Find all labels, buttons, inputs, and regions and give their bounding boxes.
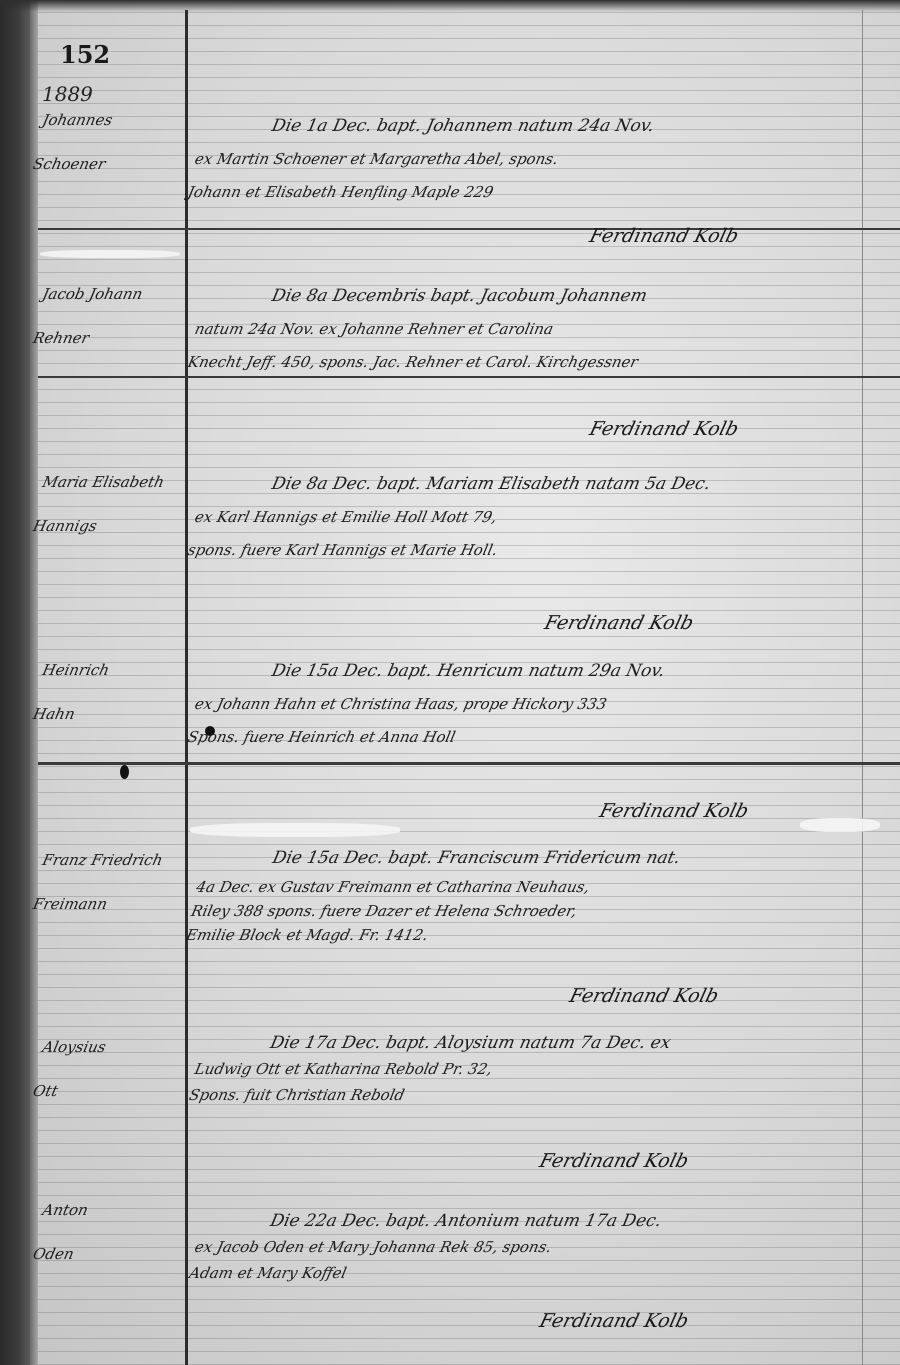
paper-stain — [190, 823, 400, 837]
priest-signature: Ferdinand Kolb — [542, 612, 696, 634]
register-page: 152 1889 Johannes Schoener Die 1a Dec. b… — [0, 0, 900, 1365]
child-given-name: Aloysius — [38, 1025, 192, 1069]
entry-line: natum 24a Nov. ex Johanne Rehner et Caro… — [191, 313, 858, 346]
entry-line: Die 15a Dec. bapt. Franciscum Fridericum… — [199, 842, 866, 875]
ink-blot — [120, 765, 129, 779]
baptism-entry: Die 8a Decembris bapt. Jacobum Johannem … — [184, 280, 865, 379]
priest-signature: Ferdinand Kolb — [537, 1150, 691, 1172]
margin-column-rule — [185, 10, 188, 1365]
child-given-name: Anton — [38, 1188, 192, 1232]
child-surname: Hahn — [29, 692, 183, 736]
child-given-name: Franz Friedrich — [38, 838, 192, 882]
entry-line: Emilie Block et Magd. Fr. 1412. — [184, 923, 849, 947]
child-surname: Hannigs — [29, 504, 183, 548]
entry-line: Adam et Mary Koffel — [187, 1260, 853, 1286]
priest-signature: Ferdinand Kolb — [537, 1310, 691, 1332]
entry-line: ex Johann Hahn et Christina Haas, prope … — [191, 688, 858, 721]
entry-margin-name: Franz Friedrich Freimann — [29, 838, 193, 926]
entry-margin-name: Aloysius Ott — [29, 1025, 193, 1113]
entry-line: Spons. fuit Christian Rebold — [187, 1082, 853, 1108]
baptism-entry: Die 1a Dec. bapt. Johannem natum 24a Nov… — [184, 110, 865, 209]
entry-line: ex Jacob Oden et Mary Johanna Rek 85, sp… — [192, 1234, 858, 1260]
entry-divider — [38, 762, 900, 765]
entry-line: Knecht Jeff. 450, spons. Jac. Rehner et … — [184, 346, 851, 379]
entry-divider — [38, 228, 900, 230]
entry-margin-name: Jacob Johann Rehner — [29, 272, 193, 360]
entry-line: Die 17a Dec. bapt. Aloysium natum 7a Dec… — [198, 1030, 864, 1056]
top-edge-shadow — [0, 0, 900, 12]
entry-line: Johann et Elisabeth Henfling Maple 229 — [184, 176, 851, 209]
child-surname: Freimann — [29, 882, 183, 926]
entry-margin-name: Johannes Schoener — [29, 98, 193, 186]
baptism-entry: Die 8a Dec. bapt. Mariam Elisabeth natam… — [184, 468, 865, 567]
binding-edge — [30, 0, 38, 1365]
entry-line: 4a Dec. ex Gustav Freimann et Catharina … — [194, 875, 859, 899]
priest-signature: Ferdinand Kolb — [587, 225, 741, 247]
priest-signature: Ferdinand Kolb — [587, 418, 741, 440]
entry-line: Die 15a Dec. bapt. Henricum natum 29a No… — [199, 655, 866, 688]
child-surname: Oden — [29, 1232, 183, 1276]
child-given-name: Johannes — [38, 98, 192, 142]
baptism-entry: Die 22a Dec. bapt. Antonium natum 17a De… — [187, 1208, 864, 1286]
entry-line: Die 22a Dec. bapt. Antonium natum 17a De… — [198, 1208, 864, 1234]
entry-line: ex Martin Schoener et Margaretha Abel, s… — [191, 143, 858, 176]
entry-margin-name: Anton Oden — [29, 1188, 193, 1276]
entry-line: Die 8a Decembris bapt. Jacobum Johannem — [199, 280, 866, 313]
entry-margin-name: Heinrich Hahn — [29, 648, 193, 736]
child-given-name: Jacob Johann — [38, 272, 192, 316]
entry-line: Die 8a Dec. bapt. Mariam Elisabeth natam… — [199, 468, 866, 501]
entry-line: Riley 388 spons. fuere Dazer et Helena S… — [189, 899, 854, 923]
entry-line: Spons. fuere Heinrich et Anna Holl — [184, 721, 851, 754]
page-number: 152 — [60, 40, 110, 69]
priest-signature: Ferdinand Kolb — [597, 800, 751, 822]
right-column-rule — [862, 10, 863, 1365]
baptism-entry: Die 17a Dec. bapt. Aloysium natum 7a Dec… — [187, 1030, 864, 1108]
baptism-entry: Die 15a Dec. bapt. Henricum natum 29a No… — [184, 655, 865, 754]
paper-stain — [800, 818, 880, 832]
child-given-name: Maria Elisabeth — [38, 460, 192, 504]
paper-stain — [40, 250, 180, 258]
child-surname: Rehner — [29, 316, 183, 360]
entry-line: ex Karl Hannigs et Emilie Holl Mott 79, — [191, 501, 858, 534]
baptism-entry: Die 15a Dec. bapt. Franciscum Fridericum… — [184, 842, 866, 947]
child-surname: Ott — [29, 1069, 183, 1113]
child-surname: Schoener — [29, 142, 183, 186]
entry-line: Ludwig Ott et Katharina Rebold Pr. 32, — [192, 1056, 858, 1082]
book-binding — [0, 0, 30, 1365]
priest-signature: Ferdinand Kolb — [567, 985, 721, 1007]
entry-line: spons. fuere Karl Hannigs et Marie Holl. — [184, 534, 851, 567]
entry-margin-name: Maria Elisabeth Hannigs — [29, 460, 193, 548]
entry-line: Die 1a Dec. bapt. Johannem natum 24a Nov… — [199, 110, 866, 143]
child-given-name: Heinrich — [38, 648, 192, 692]
